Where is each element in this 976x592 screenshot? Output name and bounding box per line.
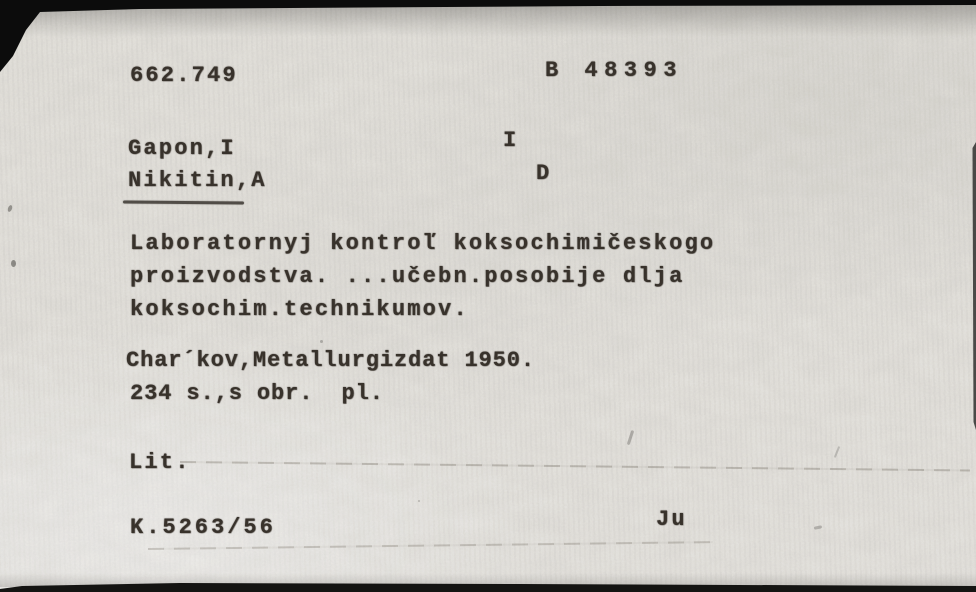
udc-number: 662.749 [130,64,238,88]
accession-number: K.5263/56 [130,516,276,540]
margin-mark-d: D [536,162,551,186]
imprint-line: Char´kov,Metallurgizdat 1950. [126,349,535,373]
call-number: B 48393 [545,59,683,83]
margin-mark-ju: Ju [656,508,687,532]
catalog-card [0,0,976,592]
author-name-1: Gapon,I [128,137,236,161]
bibliography-note: Lit. [129,451,191,475]
title-line-3: koksochim.technikumov. [130,298,469,322]
author-name-2: Nikitin,A [128,169,267,193]
scanned-catalog-card-image: 662.749 B 48393 Gapon,I I Nikitin,A D La… [0,0,976,592]
margin-mark-i: I [503,129,518,153]
title-line-2: proizvodstva. ...učebn.posobije dlja [130,265,684,289]
title-line-1: Laboratornyj kontroľ koksochimičeskogo [130,232,715,256]
collation-line: 234 s.,s obr. pl. [130,382,384,406]
